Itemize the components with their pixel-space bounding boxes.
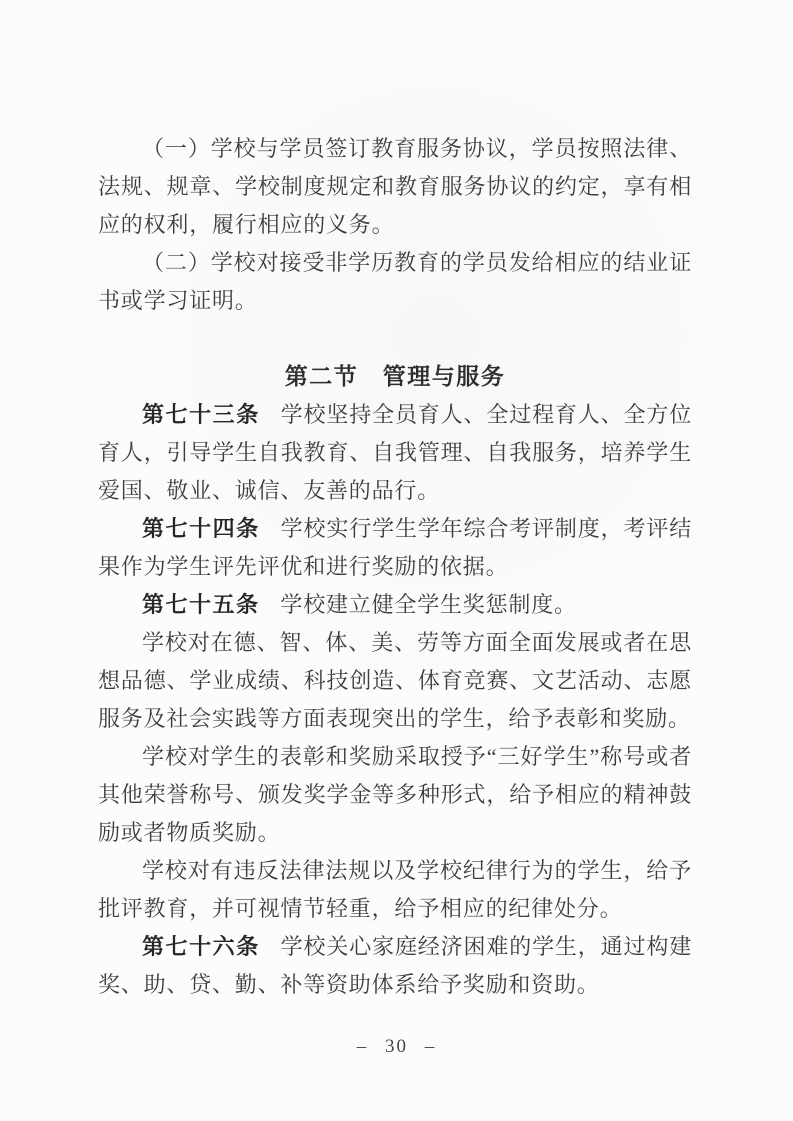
paragraph-text: 学校对在德、智、体、美、劳等方面全面发展或者在思想品德、学业成绩、科技创造、体育… [98,630,692,731]
article-number: 第七十六条 [142,934,260,959]
paragraph-rewards-forms: 学校对学生的表彰和奖励采取授予“三好学生”称号或者其他荣誉称号、颁发奖学金等多种… [98,738,692,852]
paragraph-item-1: （一）学校与学员签订教育服务协议，学员按照法律、法规、规章、学校制度规定和教育服… [98,130,692,244]
article-75: 第七十五条学校建立健全学生奖惩制度。 [98,586,692,624]
paragraph-discipline: 学校对有违反法律法规以及学校纪律行为的学生，给予批评教育，并可视情节轻重，给予相… [98,852,692,928]
article-number: 第七十三条 [142,402,260,427]
paragraph-item-2: （二）学校对接受非学历教育的学员发给相应的结业证书或学习证明。 [98,244,692,320]
article-number: 第七十四条 [142,516,260,541]
article-number: 第七十五条 [142,592,260,617]
document-page: （一）学校与学员签订教育服务协议，学员按照法律、法规、规章、学校制度规定和教育服… [98,130,692,1004]
page-number: – 30 – [0,1036,793,1058]
paragraph-text: （一）学校与学员签订教育服务协议，学员按照法律、法规、规章、学校制度规定和教育服… [98,136,692,237]
paragraph-text: 学校对有违反法律法规以及学校纪律行为的学生，给予批评教育，并可视情节轻重，给予相… [98,858,692,921]
article-74: 第七十四条学校实行学生学年综合考评制度，考评结果作为学生评先评优和进行奖励的依据… [98,510,692,586]
article-73: 第七十三条学校坚持全员育人、全过程育人、全方位育人，引导学生自我教育、自我管理、… [98,396,692,510]
paragraph-rewards-scope: 学校对在德、智、体、美、劳等方面全面发展或者在思想品德、学业成绩、科技创造、体育… [98,624,692,738]
article-text: 学校建立健全学生奖惩制度。 [280,592,576,617]
paragraph-text: 学校对学生的表彰和奖励采取授予“三好学生”称号或者其他荣誉称号、颁发奖学金等多种… [98,744,692,845]
paragraph-text: （二）学校对接受非学历教育的学员发给相应的结业证书或学习证明。 [98,250,692,313]
article-76: 第七十六条学校关心家庭经济困难的学生，通过构建奖、助、贷、勤、补等资助体系给予奖… [98,928,692,1004]
section-heading: 第二节 管理与服务 [98,358,692,396]
